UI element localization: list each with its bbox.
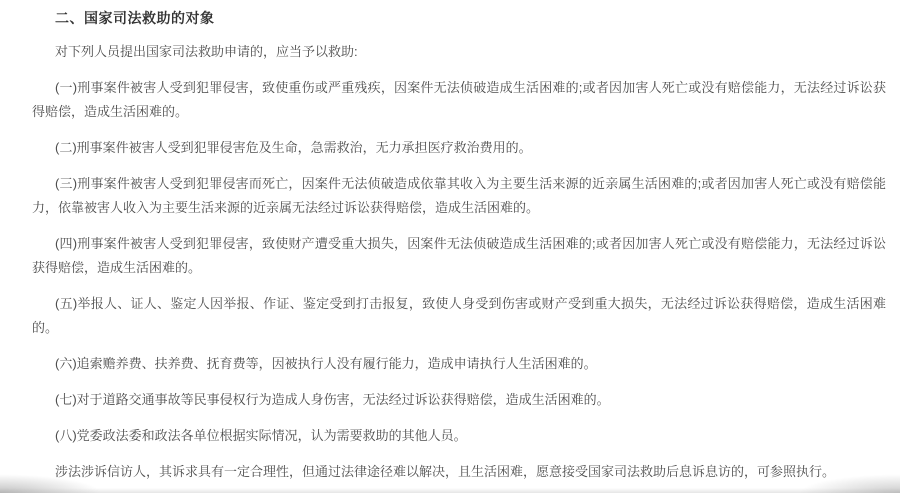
intro-paragraph: 对下列人员提出国家司法救助申请的，应当予以救助: (32, 40, 886, 64)
document-content: 二、国家司法救助的对象 对下列人员提出国家司法救助申请的，应当予以救助: (一)… (0, 0, 900, 484)
closing-paragraph: 涉法涉诉信访人，其诉求具有一定合理性，但通过法律途径难以解决，且生活困难，愿意接… (32, 460, 886, 484)
list-item-5: (五)举报人、证人、鉴定人因举报、作证、鉴定受到打击报复，致使人身受到伤害或财产… (32, 292, 886, 340)
list-item-6: (六)追索赡养费、扶养费、抚育费等，因被执行人没有履行能力，造成申请执行人生活困… (32, 352, 886, 376)
list-item-1: (一)刑事案件被害人受到犯罪侵害，致使重伤或严重残疾，因案件无法侦破造成生活困难… (32, 76, 886, 124)
section-heading: 二、国家司法救助的对象 (32, 6, 886, 30)
document-page: 二、国家司法救助的对象 对下列人员提出国家司法救助申请的，应当予以救助: (一)… (0, 0, 900, 493)
list-item-7: (七)对于道路交通事故等民事侵权行为造成人身伤害，无法经过诉讼获得赔偿，造成生活… (32, 388, 886, 412)
list-item-4: (四)刑事案件被害人受到犯罪侵害，致使财产遭受重大损失，因案件无法侦破造成生活困… (32, 232, 886, 280)
list-item-2: (二)刑事案件被害人受到犯罪侵害危及生命，急需救治，无力承担医疗救治费用的。 (32, 136, 886, 160)
list-item-3: (三)刑事案件被害人受到犯罪侵害而死亡，因案件无法侦破造成依靠其收入为主要生活来… (32, 172, 886, 220)
list-item-8: (八)党委政法委和政法各单位根据实际情况，认为需要救助的其他人员。 (32, 424, 886, 448)
bottom-edge-shade (0, 488, 900, 493)
